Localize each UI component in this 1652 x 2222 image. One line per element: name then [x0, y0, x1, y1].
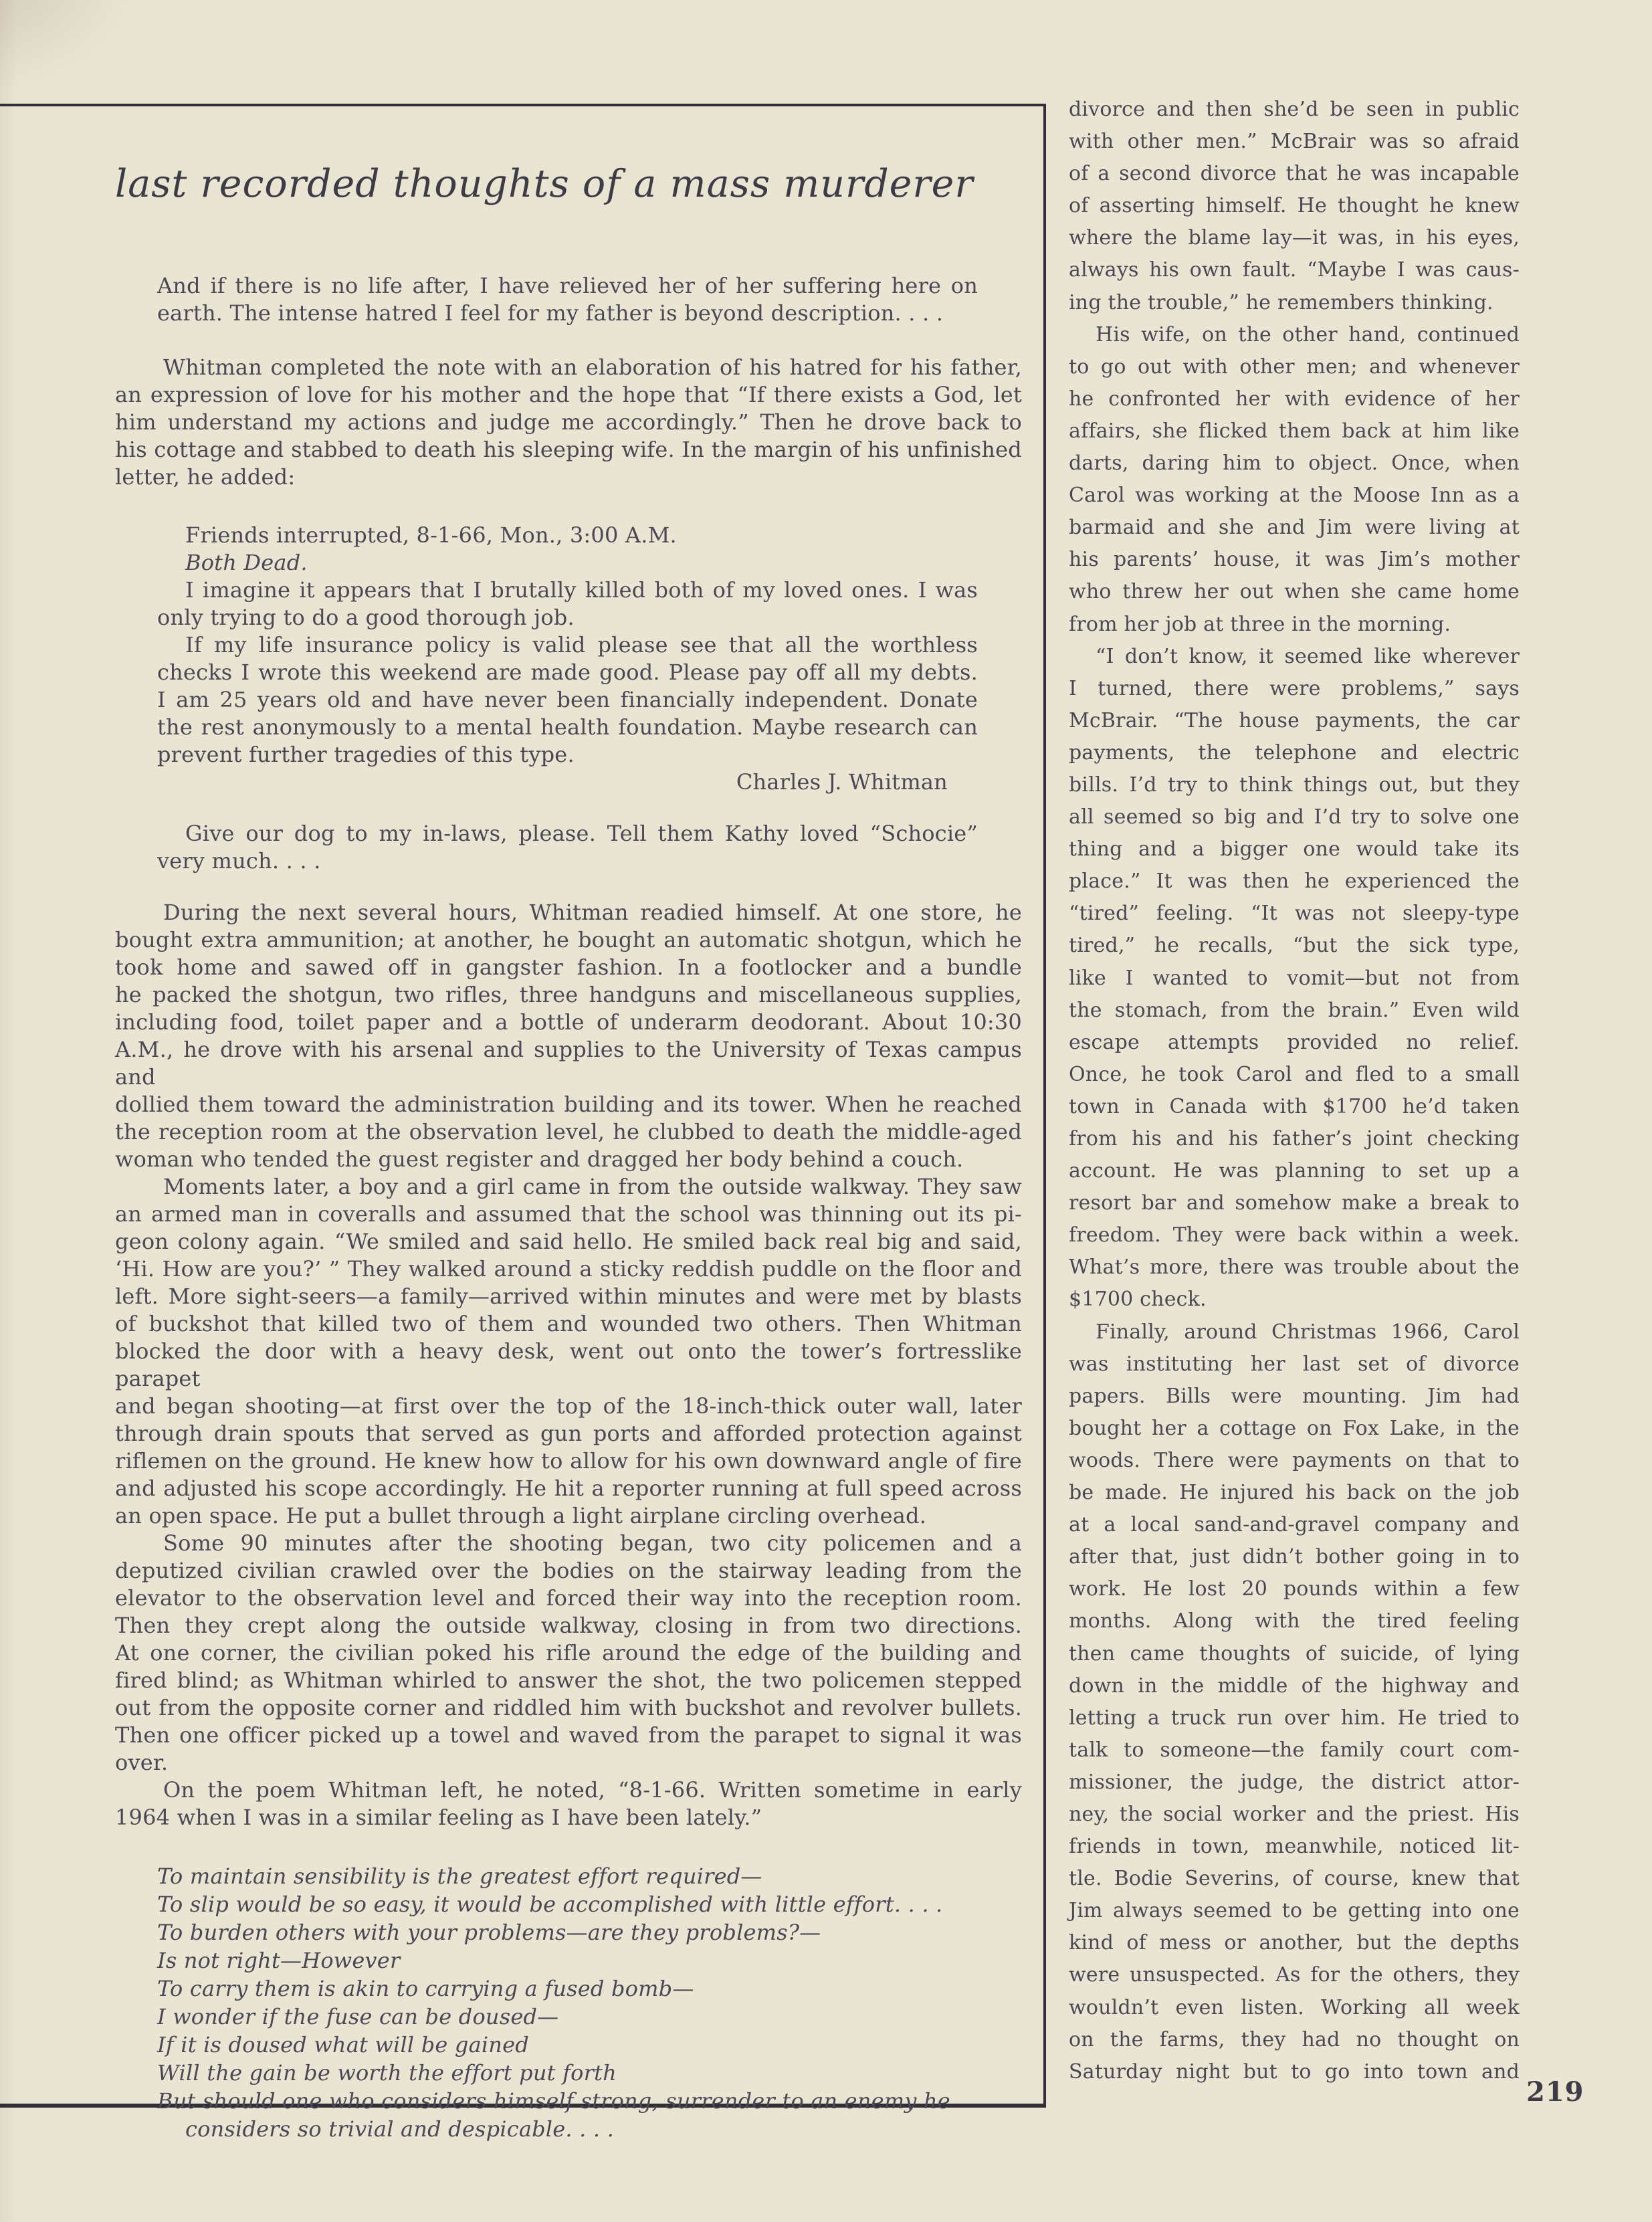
text-line: all seemed so big and I’d try to solve o… [1069, 801, 1520, 833]
text-line: Saturday night but to go into town and [1069, 2056, 1520, 2088]
text-line: after that, just didn’t bother going in … [1069, 1541, 1520, 1573]
text-line: through drain spouts that served as gun … [115, 1420, 1022, 1447]
text-line: then came thoughts of suicide, of lying [1069, 1638, 1520, 1670]
text-line: But should one who considers himself str… [157, 2087, 1022, 2115]
text-line: an open space. He put a bullet through a… [115, 1502, 1022, 1530]
block-para-5: On the poem Whitman left, he noted, “8-1… [115, 1777, 1022, 1831]
text-line: to go out with other men; and whenever [1069, 351, 1520, 383]
text-line: including food, toilet paper and a bottl… [115, 1009, 1022, 1036]
text-line: an expression of love for his mother and… [115, 381, 1022, 409]
text-line: who threw her out when she came home [1069, 576, 1520, 608]
text-line: Is not right—However [157, 1946, 1022, 1975]
text-line: checks I wrote this weekend are made goo… [157, 659, 978, 686]
text-line: dollied them toward the administration b… [115, 1091, 1022, 1118]
text-line: out from the opposite corner and riddled… [115, 1694, 1022, 1722]
text-line: papers. Bills were mounting. Jim had [1069, 1381, 1520, 1413]
text-line: thing and a bigger one would take its [1069, 833, 1520, 866]
text-line: At one corner, the civilian poked his ri… [115, 1639, 1022, 1667]
text-line: I wonder if the fuse can be doused— [157, 2003, 1022, 2031]
block-para-3: Moments later, a boy and a girl came in … [115, 1173, 1022, 1530]
boxed-article-column: last recorded thoughts of a mass murdere… [115, 105, 1022, 2143]
text-line: the stomach, from the brain.” Even wild [1069, 995, 1520, 1027]
text-line: I imagine it appears that I brutally kil… [157, 577, 978, 604]
text-line: bought her a cottage on Fox Lake, in the [1069, 1413, 1520, 1445]
text-line: darts, daring him to object. Once, when [1069, 447, 1520, 480]
text-line: Then they crept along the outside walkwa… [115, 1612, 1022, 1639]
text-line: at a local sand-and-gravel company and [1069, 1509, 1520, 1541]
text-line: months. Along with the tired feeling [1069, 1605, 1520, 1637]
text-line: account. He was planning to set up a [1069, 1155, 1520, 1187]
text-line: freedom. They were back within a week. [1069, 1219, 1520, 1251]
text-line: the reception room at the observation le… [115, 1118, 1022, 1146]
text-line: I turned, there were problems,” says [1069, 673, 1520, 705]
text-line: of asserting himself. He thought he knew [1069, 190, 1520, 222]
text-line: To burden others with your problems—are … [157, 1918, 1022, 1946]
text-line: from her job at three in the morning. [1069, 609, 1520, 641]
text-line: If it is doused what will be gained [157, 2031, 1022, 2059]
article-body: And if there is no life after, I have re… [115, 272, 1022, 2143]
text-line: the rest anonymously to a mental health … [157, 714, 978, 741]
text-line: woods. There were payments on that to [1069, 1445, 1520, 1477]
text-line: bills. I’d try to think things out, but … [1069, 769, 1520, 801]
text-line: Both Dead. [157, 549, 978, 577]
text-line: 1964 when I was in a similar feeling as … [115, 1804, 1022, 1831]
text-line: bought extra ammunition; at another, he … [115, 926, 1022, 954]
block-poem: To maintain sensibility is the greatest … [157, 1862, 1022, 2143]
text-line: prevent further tragedies of this type. [157, 741, 978, 769]
text-line: Will the gain be worth the effort put fo… [157, 2059, 1022, 2087]
text-line: him understand my actions and judge me a… [115, 409, 1022, 436]
block-letter-quote: Friends interrupted, 8-1-66, Mon., 3:00 … [157, 522, 978, 875]
text-line: woman who tended the guest register and … [115, 1146, 1022, 1173]
text-line: escape attempts provided no relief. [1069, 1027, 1520, 1059]
text-line: blocked the door with a heavy desk, went… [115, 1338, 1022, 1393]
text-line: Jim always seemed to be getting into one [1069, 1895, 1520, 1927]
text-line: of a second divorce that he was incapabl… [1069, 158, 1520, 190]
text-line: During the next several hours, Whitman r… [115, 899, 1022, 926]
box-right-rule [1043, 104, 1046, 2108]
article-title: last recorded thoughts of a mass murdere… [115, 157, 1022, 211]
text-line: letting a truck run over him. He tried t… [1069, 1702, 1520, 1734]
text-line: Moments later, a boy and a girl came in … [115, 1173, 1022, 1201]
text-line: his parents’ house, it was Jim’s mother [1069, 544, 1520, 576]
text-line: ney, the social worker and the priest. H… [1069, 1799, 1520, 1831]
text-line: geon colony again. “We smiled and said h… [115, 1228, 1022, 1255]
text-line: very much. . . . [157, 847, 978, 875]
text-line: an armed man in coveralls and assumed th… [115, 1201, 1022, 1228]
magazine-page: last recorded thoughts of a mass murdere… [0, 0, 1652, 2222]
page-number: 219 [1526, 2076, 1584, 2108]
text-line: To slip would be so easy, it would be ac… [157, 1890, 1022, 1918]
text-line: work. He lost 20 pounds within a few [1069, 1573, 1520, 1605]
text-line: earth. The intense hatred I feel for my … [157, 300, 978, 327]
text-line: left. More sight-seers—a family—arrived … [115, 1283, 1022, 1310]
text-line: What’s more, there was trouble about the [1069, 1251, 1520, 1284]
text-line: tle. Bodie Severins, of course, knew tha… [1069, 1863, 1520, 1895]
text-line: on the farms, they had no thought on [1069, 2024, 1520, 2056]
text-line: If my life insurance policy is valid ple… [157, 631, 978, 659]
text-line: Once, he took Carol and fled to a small [1069, 1059, 1520, 1091]
text-line: $1700 check. [1069, 1284, 1520, 1316]
text-line: Friends interrupted, 8-1-66, Mon., 3:00 … [157, 522, 978, 549]
text-line: Whitman completed the note with an elabo… [115, 354, 1022, 381]
text-line: fired blind; as Whitman whirled to answe… [115, 1667, 1022, 1694]
text-line: ‘Hi. How are you?’ ” They walked around … [115, 1255, 1022, 1283]
text-line: deputized civilian crawled over the bodi… [115, 1557, 1022, 1585]
text-line: like I wanted to vomit—but not from [1069, 963, 1520, 995]
text-line: were unsuspected. As for the others, the… [1069, 1959, 1520, 1991]
text-line: Charles J. Whitman [157, 769, 978, 796]
text-line: To carry them is akin to carrying a fuse… [157, 1975, 1022, 2003]
text-line: he packed the shotgun, two rifles, three… [115, 981, 1022, 1009]
text-line: “I don’t know, it seemed like wherever [1069, 641, 1520, 673]
text-line: always his own fault. “Maybe I was caus- [1069, 254, 1520, 286]
text-line: missioner, the judge, the district attor… [1069, 1766, 1520, 1799]
text-line: town in Canada with $1700 he’d taken [1069, 1091, 1520, 1123]
text-line: down in the middle of the highway and [1069, 1670, 1520, 1702]
text-line: resort bar and somehow make a break to [1069, 1187, 1520, 1219]
block-opening-quote: And if there is no life after, I have re… [157, 272, 978, 327]
text-line: Give our dog to my in-laws, please. Tell… [157, 820, 978, 847]
text-line: considers so trivial and despicable. . .… [157, 2115, 1022, 2143]
text-line: from his and his father’s joint checking [1069, 1123, 1520, 1155]
text-line: Some 90 minutes after the shooting began… [115, 1530, 1022, 1557]
text-line: of buckshot that killed two of them and … [115, 1310, 1022, 1338]
text-line: and began shooting—at first over the top… [115, 1393, 1022, 1420]
block-para-4: Some 90 minutes after the shooting began… [115, 1530, 1022, 1777]
text-line: be made. He injured his back on the job [1069, 1477, 1520, 1509]
text-line: His wife, on the other hand, continued [1069, 319, 1520, 351]
text-line: payments, the telephone and electric [1069, 737, 1520, 769]
text-line: only trying to do a good thorough job. [157, 604, 978, 631]
text-line: he confronted her with evidence of her [1069, 383, 1520, 415]
text-line: divorce and then she’d be seen in public [1069, 94, 1520, 126]
text-line: And if there is no life after, I have re… [157, 272, 978, 300]
block-para-1: Whitman completed the note with an elabo… [115, 354, 1022, 491]
text-line: where the blame lay—it was, in his eyes, [1069, 222, 1520, 254]
text-line: barmaid and she and Jim were living at [1069, 512, 1520, 544]
text-line: To maintain sensibility is the greatest … [157, 1862, 1022, 1890]
text-line: and adjusted his scope accordingly. He h… [115, 1475, 1022, 1502]
text-line: “tired” feeling. “It was not sleepy-type [1069, 898, 1520, 930]
text-line: talk to someone—the family court com- [1069, 1734, 1520, 1766]
text-line: A.M., he drove with his arsenal and supp… [115, 1036, 1022, 1091]
text-line: was instituting her last set of divorce [1069, 1348, 1520, 1381]
main-text-column: divorce and then she’d be seen in public… [1069, 94, 1520, 2088]
text-line: friends in town, meanwhile, noticed lit- [1069, 1831, 1520, 1863]
text-line: riflemen on the ground. He knew how to a… [115, 1447, 1022, 1475]
text-line: with other men.” McBrair was so afraid [1069, 126, 1520, 158]
text-line: Finally, around Christmas 1966, Carol [1069, 1316, 1520, 1348]
text-line: On the poem Whitman left, he noted, “8-1… [115, 1777, 1022, 1804]
text-line: tired,” he recalls, “but the sick type, [1069, 930, 1520, 962]
text-line: his cottage and stabbed to death his sle… [115, 436, 1022, 464]
text-line: place.” It was then he experienced the [1069, 866, 1520, 898]
text-line: ing the trouble,” he remembers thinking. [1069, 287, 1520, 319]
text-line: Then one officer picked up a towel and w… [115, 1722, 1022, 1777]
text-line: letter, he added: [115, 464, 1022, 491]
text-line: elevator to the observation level and fo… [115, 1585, 1022, 1612]
block-para-2: During the next several hours, Whitman r… [115, 899, 1022, 1173]
text-line: McBrair. “The house payments, the car [1069, 705, 1520, 737]
text-line: Carol was working at the Moose Inn as a [1069, 480, 1520, 512]
text-line: I am 25 years old and have never been fi… [157, 686, 978, 714]
text-line: wouldn’t even listen. Working all week [1069, 1992, 1520, 2024]
text-line: kind of mess or another, but the depths [1069, 1927, 1520, 1959]
text-line: took home and sawed off in gangster fash… [115, 954, 1022, 981]
text-line: affairs, she flicked them back at him li… [1069, 415, 1520, 447]
